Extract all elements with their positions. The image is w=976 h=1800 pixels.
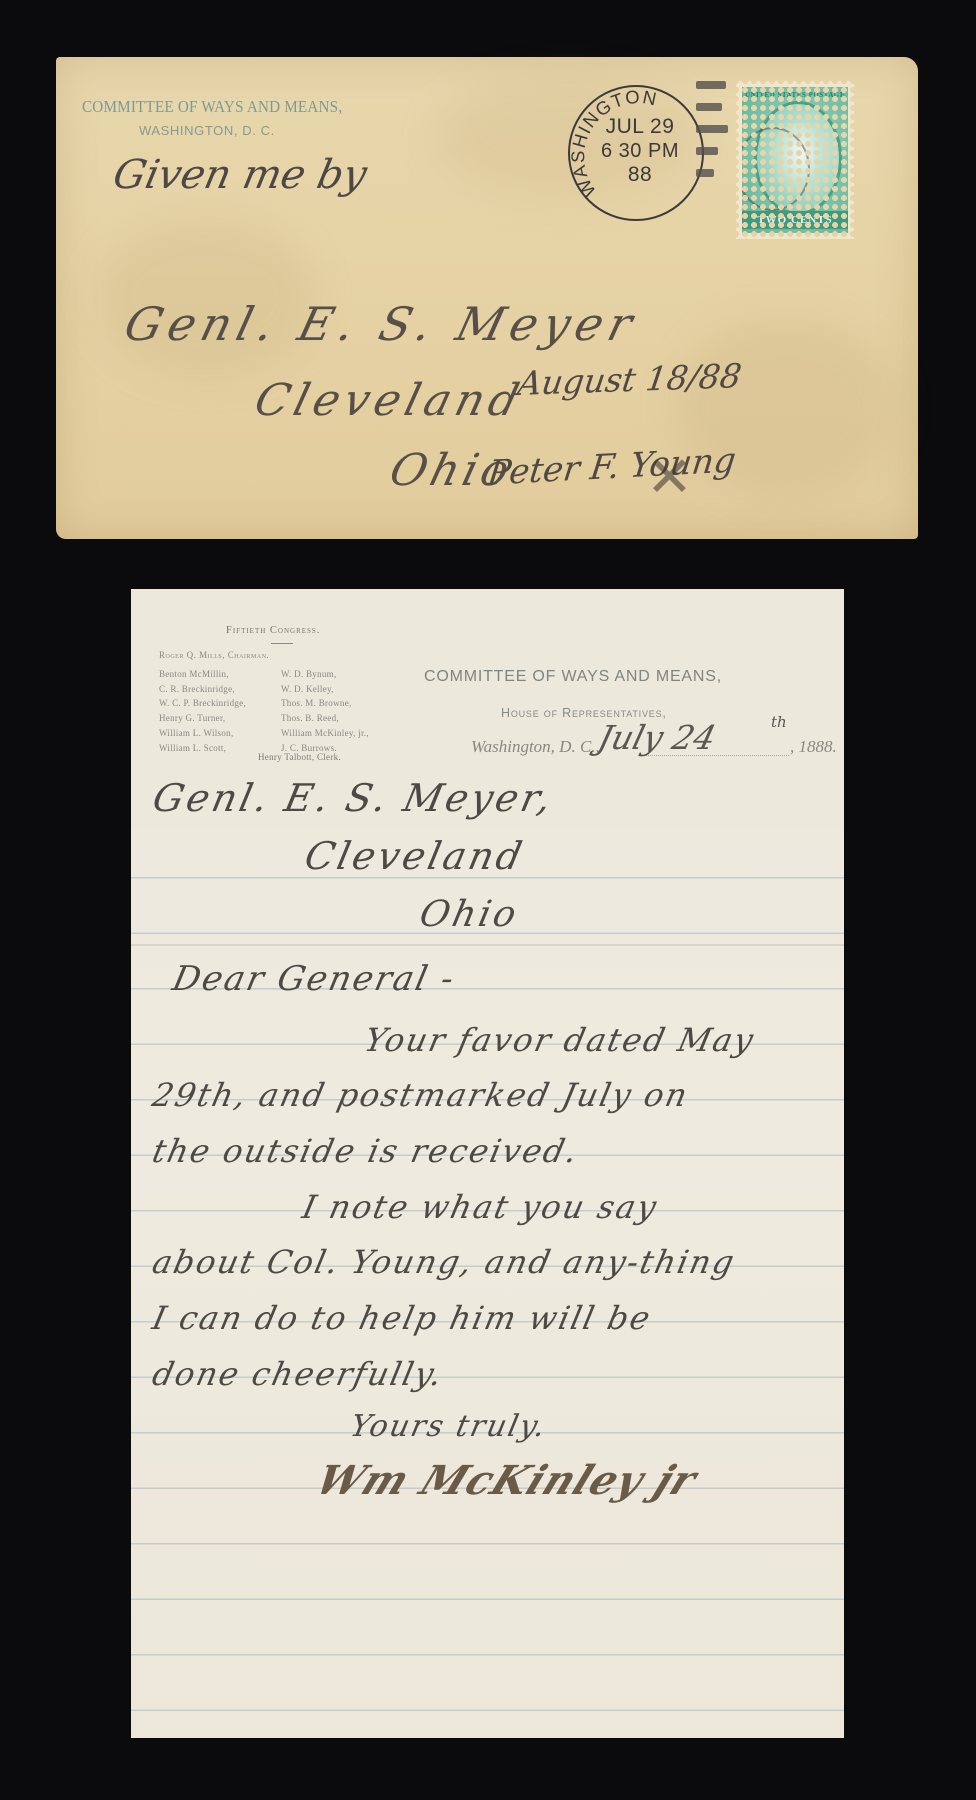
envelope-letterhead-city: WASHINGTON, D. C. [139, 123, 275, 138]
member-name: W. D. Kelley, [281, 683, 401, 697]
member-name: Thos. B. Reed, [281, 712, 401, 726]
letterhead-member-list: Benton McMillin, W. D. Bynum, C. R. Brec… [159, 668, 401, 755]
member-name: W. C. P. Breckinridge, [159, 697, 281, 711]
letterhead-place: Washington, D. C., [471, 737, 600, 757]
member-name: Henry G. Turner, [159, 712, 281, 726]
postmark-killer-bars [696, 75, 736, 185]
letterhead-committee-title: COMMITTEE OF WAYS AND MEANS, [424, 668, 722, 686]
postmark-center: JUL 29 6 30 PM 88 [600, 115, 680, 187]
envelope-address-name: Genl. E. S. Meyer [119, 297, 643, 351]
letter-sheet: Fiftieth Congress. Roger Q. Mills, Chair… [131, 589, 844, 1738]
postmark-date: JUL 29 [600, 115, 680, 139]
handwritten-date-suffix: th [771, 713, 787, 731]
envelope-pencil-name: Peter F. Young [486, 440, 738, 493]
letter-address-city: Cleveland [301, 834, 529, 878]
envelope-note-given-by: Given me by [109, 152, 371, 198]
letter-body-line: Your favor dated May [361, 1021, 758, 1059]
postmark-year: 88 [600, 163, 680, 187]
letter-address-name: Genl. E. S. Meyer, [149, 776, 558, 820]
member-name: Benton McMillin, [159, 668, 281, 682]
member-name: William L. Wilson, [159, 727, 281, 741]
stamp-denomination: TWO CENTS [742, 211, 848, 229]
member-name: Thos. M. Browne, [281, 697, 401, 711]
letterhead-chairman: Roger Q. Mills, Chairman. [159, 650, 269, 660]
postmark-time: 6 30 PM [600, 139, 680, 163]
handwritten-date: July 24 [594, 718, 720, 757]
envelope-address-city: Cleveland [250, 375, 529, 426]
stamp-top-text: UNITED STATES POSTAGE [742, 91, 848, 99]
envelope-letterhead-title: COMMITTEE OF WAYS AND MEANS, [82, 97, 342, 117]
letter-address-state: Ohio [416, 894, 523, 935]
fold-crease [131, 944, 844, 946]
pencil-cross-mark: ✕ [646, 445, 693, 510]
member-name: W. D. Bynum, [281, 668, 401, 682]
letterhead-divider [271, 643, 293, 644]
letter-salutation: Dear General - [169, 959, 459, 999]
letter-body-line: I note what you say [299, 1188, 662, 1226]
letter-closing: Yours truly. [347, 1409, 550, 1444]
letterhead-clerk: Henry Talbott, Clerk. [258, 752, 341, 762]
envelope: COMMITTEE OF WAYS AND MEANS, WASHINGTON,… [56, 57, 918, 539]
envelope-pencil-date: August 18/88 [515, 356, 744, 403]
letterhead-year: , 1888. [790, 737, 837, 757]
letter-body-line: I can do to help him will be [149, 1299, 655, 1337]
postmark: WASHINGTON JUL 29 6 30 PM 88 [568, 85, 704, 221]
letter-body-line: done cheerfully. [149, 1355, 447, 1393]
letter-body-line: 29th, and postmarked July on [149, 1076, 692, 1114]
member-name: C. R. Breckinridge, [159, 683, 281, 697]
member-name: William McKinley, jr., [281, 727, 401, 741]
letter-body-line: the outside is received. [149, 1132, 582, 1170]
letter-signature: Wm McKinley jr [309, 1457, 704, 1504]
letter-body-line: about Col. Young, and any-thing [149, 1243, 739, 1281]
postage-stamp: UNITED STATES POSTAGE TWO CENTS [736, 81, 854, 239]
letterhead-congress: Fiftieth Congress. [226, 625, 320, 636]
